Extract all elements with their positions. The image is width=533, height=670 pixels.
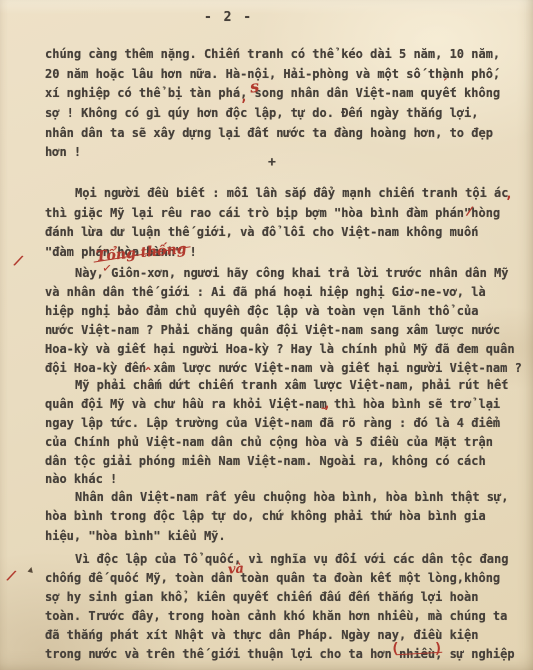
typed-line: "đàm phán hòa bình" ! (45, 243, 533, 263)
paragraph-4: Mỹ phải chấm dứt chiến tranh xâm lược Vi… (45, 376, 533, 489)
typed-line: chúng càng thêm nặng. Chiến tranh có thể… (45, 45, 533, 65)
scanned-typewritten-page: - 2 - + chúng càng thêm nặng. Chiến tran… (0, 0, 533, 670)
typed-line: toàn. Trước đây, trong hoàn cảnh khó khă… (45, 607, 533, 626)
typed-line: Hoa-kỳ và giết hại người Hoa-kỳ ? Hay là… (45, 340, 533, 359)
typed-line: Mọi người đều biết : mỗi lần sắp đẩy mạn… (45, 184, 533, 204)
paragraph-1: chúng càng thêm nặng. Chiến tranh có thể… (45, 45, 533, 163)
paragraph-5: Nhân dân Việt-nam rất yêu chuộng hòa bìn… (45, 488, 533, 546)
typed-line: nước Việt-nam ? Phải chăng quân đội Việt… (45, 321, 533, 340)
typed-line: chống đế quốc Mỹ, toàn dân toàn quân ta … (45, 569, 533, 588)
typed-line: Nhân dân Việt-nam rất yêu chuộng hòa bìn… (45, 488, 533, 507)
typed-line: xí nghiệp có thể bị tàn phá, song nhân d… (45, 84, 533, 104)
paragraph-3: Này, Giôn-xơn, ngươi hãy công khai trả l… (45, 264, 533, 378)
typed-line: Này, Giôn-xơn, ngươi hãy công khai trả l… (45, 264, 533, 283)
typed-line: dân tộc giải phóng miền Nam Việt-nam. Ng… (45, 452, 533, 471)
typed-line: nhân dân ta sẽ xây dựng lại đất nước ta … (45, 124, 533, 144)
red-margin-slash: ∕ (5, 567, 18, 585)
typed-line: 20 năm hoặc lâu hơn nữa. Hà-nội, Hải-phò… (45, 65, 533, 85)
typed-line: trong nước và trên thế giới thuận lợi ch… (45, 645, 533, 664)
typed-line: và nhân dân thế giới : Ai đã phá hoại hi… (45, 283, 533, 302)
paragraph-6: Vì độc lập của Tổ quốc, vì nghĩa vụ đối … (45, 550, 533, 664)
typed-line: thì giặc Mỹ lại rêu rao cái trò bịp bợm … (45, 204, 533, 224)
red-margin-slash: ∕ (12, 252, 25, 270)
typed-line: quân đội Mỹ và chư hầu ra khỏi Việt-nam … (45, 395, 533, 414)
typed-line: đánh lừa dư luận thế giới, và đổ lỗi cho… (45, 223, 533, 243)
typed-line: ngay lập tức. Lập trường của Việt-nam đã… (45, 414, 533, 433)
typed-line: hiệu, "hòa bình" kiểu Mỹ. (45, 527, 533, 546)
typed-line: đã thắng phát xít Nhật và thực dân Pháp.… (45, 626, 533, 645)
typed-line: của Chính phủ Việt-nam dân chủ cộng hòa … (45, 433, 533, 452)
pencil-margin-triangle: ▲ (27, 564, 35, 575)
typed-line: Mỹ phải chấm dứt chiến tranh xâm lược Vi… (45, 376, 533, 395)
paragraph-2: Mọi người đều biết : mỗi lần sắp đẩy mạn… (45, 184, 533, 262)
typed-line: nào khác ! (45, 470, 533, 489)
page-number: - 2 - (204, 10, 253, 25)
typed-line: Vì độc lập của Tổ quốc, vì nghĩa vụ đối … (45, 550, 533, 569)
typed-line: sợ hy sinh gian khổ, kiên quyết chiến đấ… (45, 588, 533, 607)
typed-line: hơn ! (45, 143, 533, 163)
typed-line: hiệp nghị bảo đảm chủ quyền độc lập và t… (45, 302, 533, 321)
typed-line: sợ ! Không có gì qúy hơn độc lập, tự do.… (45, 104, 533, 124)
typed-line: hòa bình trong độc lập tự do, chứ không … (45, 507, 533, 526)
